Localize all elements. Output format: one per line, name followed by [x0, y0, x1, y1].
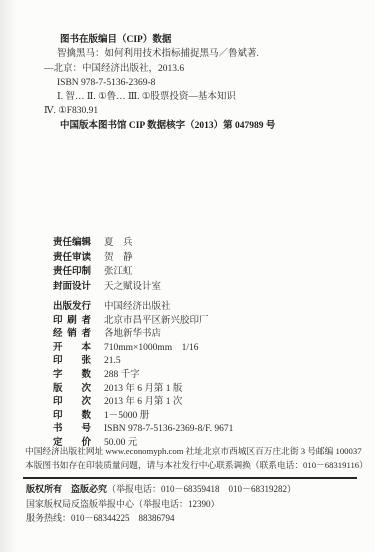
publishing-value: ISBN 978-7-5136-2369-8/F. 9671: [104, 423, 233, 437]
publishing-value: 21.5: [104, 355, 121, 369]
staff-label: 封面设计: [53, 280, 91, 295]
publishing-label: 版次: [53, 383, 91, 397]
publishing-value: 2013 年 6 月第 1 版: [104, 383, 182, 397]
publishing-label: 经销者: [53, 328, 91, 342]
cip-classification-line: Ⅰ. 智… Ⅱ. ①鲁… Ⅲ. ①股票投资—基本知识: [44, 90, 344, 104]
publishing-value: 北京市昌平区新兴胶印厂: [104, 315, 209, 329]
staff-row: 责任印制张江虹: [53, 265, 161, 280]
publishing-info-block: 出版发行中国经济出版社 印刷者北京市昌平区新兴胶印厂 经销者各地新华书店 开本7…: [53, 301, 233, 451]
divider-rule: [23, 477, 357, 479]
publishing-label: 印刷者: [53, 315, 91, 329]
publishing-label: 印次: [53, 396, 91, 410]
cip-registry-line: 中国版本图书馆 CIP 数据核字（2013）第 047989 号: [44, 119, 344, 133]
anti-piracy-hotlines: （举报电话：010－68359418 010－68319282）: [107, 484, 296, 494]
publishing-label: 字数: [53, 369, 91, 383]
cip-isbn-line: ISBN 978-7-5136-2369-8: [44, 76, 344, 90]
publishing-label: 书号: [53, 423, 91, 437]
copyright-block: 版权所有 盗版必究（举报电话：010－68359418 010－68319282…: [26, 482, 356, 526]
publishing-value: 2013 年 6 月第 1 次: [104, 396, 182, 410]
copyright-bureau-line: 国家版权局反盗版举报中心（举报电话：12390）: [26, 497, 356, 512]
publisher-website-line: 中国经济出版社网址 www.economyph.com 社址北京市西城区百万庄北…: [25, 445, 360, 459]
staff-label: 责任印制: [53, 265, 91, 280]
staff-row: 责任编辑夏 兵: [53, 236, 161, 251]
staff-row: 封面设计天之赋设计室: [53, 280, 161, 295]
cip-heading: 图书在版编目（CIP）数据: [44, 33, 344, 47]
staff-value: 天之赋设计室: [104, 280, 161, 295]
cip-block: 图书在版编目（CIP）数据 智擒黑马：如何利用技术指标捕捉黑马／鲁斌著. —北京…: [44, 33, 344, 133]
publishing-row: 印次2013 年 6 月第 1 次: [53, 396, 233, 410]
publishing-value: 710mm×1000mm 1/16: [104, 342, 199, 356]
anti-piracy-statement: 版权所有 盗版必究: [26, 484, 107, 494]
publishing-label: 出版发行: [53, 301, 91, 315]
publishing-row: 开本710mm×1000mm 1/16: [53, 342, 233, 356]
cip-publisher-line: —北京：中国经济出版社，2013.6: [44, 62, 344, 76]
staff-label: 责任审读: [53, 251, 91, 266]
publishing-label: 印数: [53, 410, 91, 424]
publishing-label: 开本: [53, 342, 91, 356]
service-hotline-line: 服务热线：010－68344225 88386794: [26, 511, 356, 526]
staff-label: 责任编辑: [53, 236, 91, 251]
staff-value: 张江虹: [104, 265, 133, 280]
cip-class-code-line: Ⅳ. ①F830.91: [44, 104, 344, 118]
staff-value: 夏 兵: [104, 236, 133, 251]
publishing-value: 中国经济出版社: [104, 301, 171, 315]
publisher-notices-block: 中国经济出版社网址 www.economyph.com 社址北京市西城区百万庄北…: [25, 445, 360, 472]
publishing-row: 印张21.5: [53, 355, 233, 369]
publishing-value: 各地新华书店: [104, 328, 161, 342]
publishing-row: 印刷者北京市昌平区新兴胶印厂: [53, 315, 233, 329]
anti-piracy-line: 版权所有 盗版必究（举报电话：010－68359418 010－68319282…: [26, 482, 356, 497]
publishing-label: 印张: [53, 355, 91, 369]
publishing-row: 经销者各地新华书店: [53, 328, 233, 342]
publishing-row: 出版发行中国经济出版社: [53, 301, 233, 315]
publishing-value: 1－5000 册: [104, 410, 149, 424]
publishing-row: 印数1－5000 册: [53, 410, 233, 424]
cip-title-line: 智擒黑马：如何利用技术指标捕捉黑马／鲁斌著.: [44, 47, 344, 61]
publishing-row: 书号ISBN 978-7-5136-2369-8/F. 9671: [53, 423, 233, 437]
staff-row: 责任审读贺 静: [53, 251, 161, 266]
staff-value: 贺 静: [104, 251, 133, 266]
print-quality-notice-line: 本版图书如存在印装质量问题，请与本社发行中心联系调换（联系电话：010－6831…: [25, 459, 360, 473]
publishing-value: 288 千字: [104, 369, 140, 383]
book-copyright-page: 图书在版编目（CIP）数据 智擒黑马：如何利用技术指标捕捉黑马／鲁斌著. —北京…: [0, 0, 375, 552]
staff-credits-block: 责任编辑夏 兵 责任审读贺 静 责任印制张江虹 封面设计天之赋设计室: [53, 236, 161, 295]
publishing-row: 字数288 千字: [53, 369, 233, 383]
publishing-row: 版次2013 年 6 月第 1 版: [53, 383, 233, 397]
